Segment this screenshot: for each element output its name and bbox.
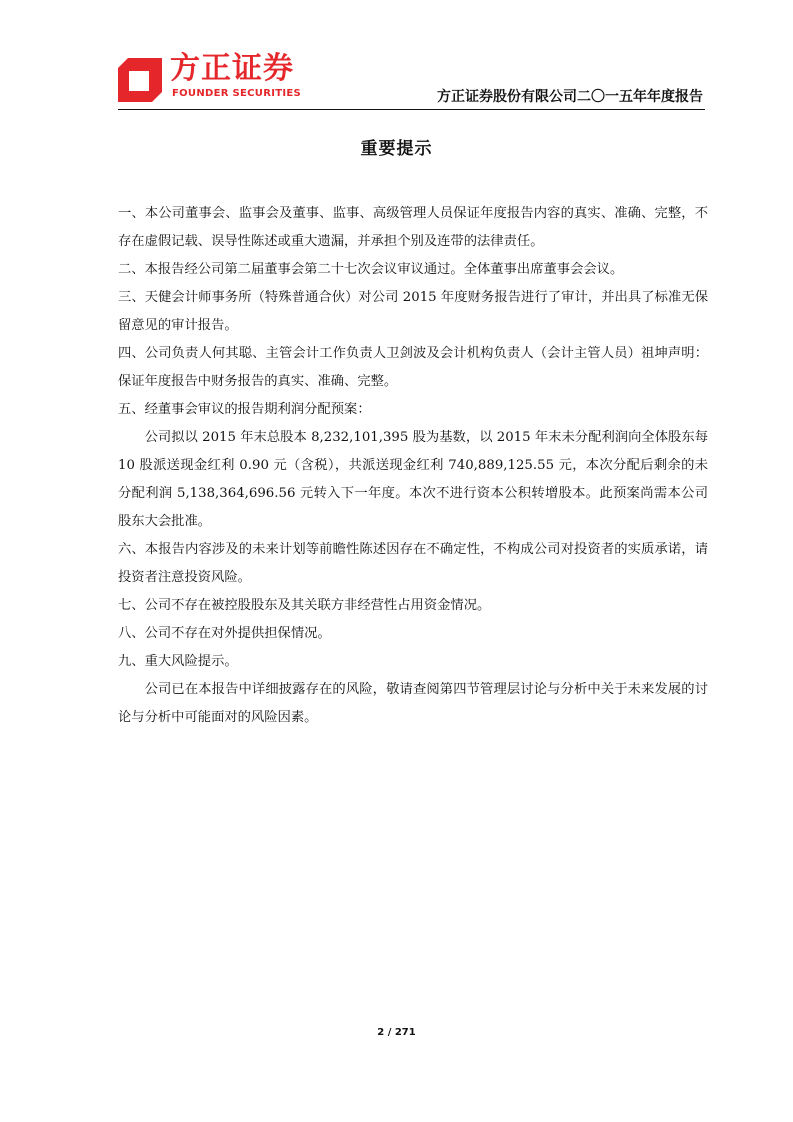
paragraph-6: 六、本报告内容涉及的未来计划等前瞻性陈述因存在不确定性，不构成公司对投资者的实质…	[118, 536, 708, 592]
paragraph-1: 一、本公司董事会、监事会及董事、监事、高级管理人员保证年度报告内容的真实、准确、…	[118, 200, 708, 256]
logo-english-name: FOUNDER SECURITIES	[172, 88, 301, 99]
paragraph-9: 九、重大风险提示。	[118, 648, 708, 676]
profit-distribution-plan: 公司拟以 2015 年末总股本 8,232,101,395 股为基数，以 201…	[118, 424, 708, 536]
logo-chinese-name: 方正证券	[170, 52, 294, 86]
paragraph-2: 二、本报告经公司第二届董事会第二十七次会议审议通过。全体董事出席董事会会议。	[118, 256, 708, 284]
paragraph-3: 三、天健会计师事务所（特殊普通合伙）对公司 2015 年度财务报告进行了审计，并…	[118, 284, 708, 340]
paragraph-4: 四、公司负责人何其聪、主管会计工作负责人卫剑波及会计机构负责人（会计主管人员）祖…	[118, 340, 708, 396]
founder-logo-icon	[118, 58, 162, 102]
report-header-title: 方正证券股份有限公司二〇一五年年度报告	[437, 86, 703, 106]
risk-statement: 公司已在本报告中详细披露存在的风险，敬请查阅第四节管理层讨论与分析中关于未来发展…	[118, 676, 708, 732]
page-number: 2 / 271	[0, 1027, 793, 1038]
paragraph-8: 八、公司不存在对外提供担保情况。	[118, 620, 708, 648]
header-divider	[118, 109, 705, 110]
document-body: 一、本公司董事会、监事会及董事、监事、高级管理人员保证年度报告内容的真实、准确、…	[118, 200, 708, 732]
page-title: 重要提示	[0, 134, 793, 159]
paragraph-7: 七、公司不存在被控股股东及其关联方非经营性占用资金情况。	[118, 592, 708, 620]
company-logo: 方正证券 FOUNDER SECURITIES	[118, 54, 308, 104]
page-header: 方正证券 FOUNDER SECURITIES 方正证券股份有限公司二〇一五年年…	[118, 50, 705, 108]
paragraph-5: 五、经董事会审议的报告期利润分配预案：	[118, 396, 708, 424]
